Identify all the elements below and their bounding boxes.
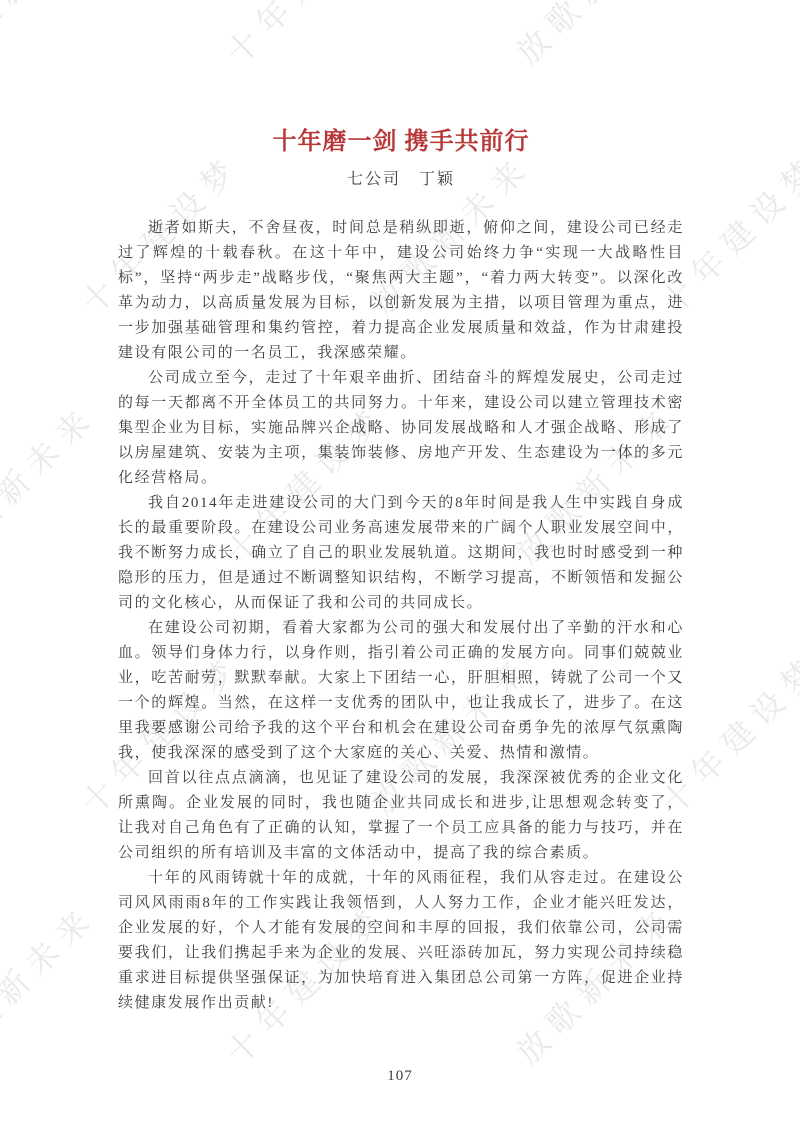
body-paragraph: 在建设公司初期，看着大家都为公司的强大和发展付出了辛勤的汗水和心血。领导们身体力… [118,616,684,766]
body-paragraph: 公司成立至今，走过了十年艰辛曲折、团结奋斗的辉煌发展史，公司走过的每一天都离不开… [118,366,684,491]
article-title: 十年磨一剑 携手共前行 [118,127,684,157]
article-body: 逝者如斯夫，不舍昼夜，时间总是稍纵即逝，俯仰之间，建设公司已经走过了辉煌的十载春… [118,216,684,1016]
body-paragraph: 我自2014年走进建设公司的大门到今天的8年时间是我人生中实践自身成长的最重要阶… [118,491,684,616]
body-paragraph: 十年的风雨铸就十年的成就，十年的风雨征程，我们从容走过。在建设公司风风雨雨8年的… [118,866,684,1016]
page-number: 107 [0,1068,800,1085]
article-byline: 七公司 丁颖 [118,170,684,190]
document-page: 放歌新未来十年建设梦放歌新未来十年建设梦十年建设梦放歌新未来十年建设梦放歌新未来… [0,0,800,1122]
body-paragraph: 逝者如斯夫，不舍昼夜，时间总是稍纵即逝，俯仰之间，建设公司已经走过了辉煌的十载春… [118,216,684,366]
article: 十年磨一剑 携手共前行 七公司 丁颖 逝者如斯夫，不舍昼夜，时间总是稍纵即逝，俯… [0,0,800,1016]
body-paragraph: 回首以往点点滴滴，也见证了建设公司的发展，我深深被优秀的企业文化所熏陶。企业发展… [118,766,684,866]
